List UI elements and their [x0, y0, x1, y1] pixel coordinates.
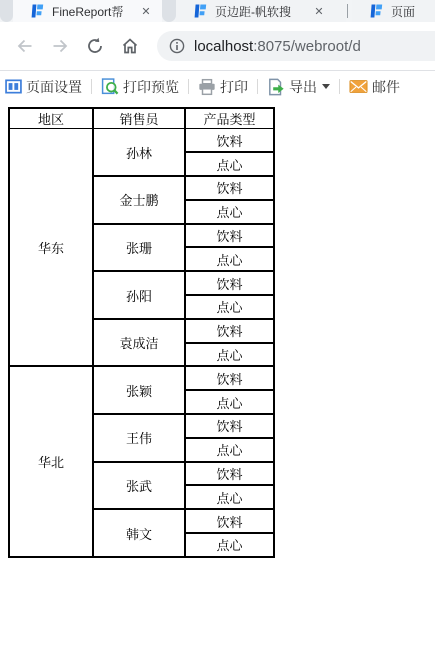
table-row: 华东孙林饮料: [9, 129, 274, 153]
tab-gap: [162, 0, 176, 22]
product-type-cell: 点心: [185, 343, 274, 367]
url-host: localhost: [194, 38, 253, 55]
product-type-cell: 饮料: [185, 366, 274, 390]
product-type-cell: 点心: [185, 200, 274, 224]
toolbar-divider: [91, 79, 92, 94]
browser-navbar: localhost:8075/webroot/d: [0, 22, 435, 71]
product-type-cell: 点心: [185, 152, 274, 176]
print-label: 打印: [220, 77, 248, 97]
tab-title: 页边距-帆软搜: [215, 3, 307, 20]
print-icon: [198, 78, 216, 96]
seller-cell: 张武: [93, 462, 185, 510]
toolbar-divider: [257, 79, 258, 94]
toolbar-divider: [188, 79, 189, 94]
tab-strip-corner: [0, 0, 13, 22]
page-setup-label: 页面设置: [26, 77, 82, 97]
product-type-cell: 饮料: [185, 176, 274, 200]
mail-label: 邮件: [372, 77, 400, 97]
reload-button[interactable]: [82, 33, 108, 59]
seller-cell: 张颖: [93, 366, 185, 414]
report-page: 地区销售员产品类型华东孙林饮料点心金士鹏饮料点心张珊饮料点心孙阳饮料点心袁成洁饮…: [0, 102, 435, 558]
export-icon: [267, 78, 285, 96]
seller-cell: 袁成洁: [93, 319, 185, 367]
region-cell: 华北: [9, 366, 93, 556]
back-arrow-icon: [15, 36, 35, 56]
page-setup-button[interactable]: 页面设置: [5, 77, 82, 97]
home-icon: [120, 36, 140, 56]
report-table: 地区销售员产品类型华东孙林饮料点心金士鹏饮料点心张珊饮料点心孙阳饮料点心袁成洁饮…: [8, 107, 275, 558]
url-path: :8075/webroot/d: [253, 38, 361, 55]
mail-icon: [349, 77, 368, 96]
seller-cell: 孙林: [93, 129, 185, 177]
table-row: 华北张颖饮料: [9, 366, 274, 390]
print-button[interactable]: 打印: [198, 77, 248, 97]
export-label: 导出: [289, 77, 317, 97]
product-type-cell: 饮料: [185, 129, 274, 153]
print-preview-label: 打印预览: [123, 77, 179, 97]
site-info-icon: [169, 38, 185, 54]
product-type-cell: 点心: [185, 485, 274, 509]
address-bar[interactable]: localhost:8075/webroot/d: [157, 31, 435, 61]
product-type-cell: 点心: [185, 247, 274, 271]
tab-title: 页面: [391, 3, 435, 20]
column-header: 销售员: [93, 108, 185, 129]
seller-cell: 孙阳: [93, 271, 185, 319]
product-type-cell: 点心: [185, 390, 274, 414]
product-type-cell: 点心: [185, 533, 274, 557]
finereport-toolbar: 页面设置 打印预览 打印 导出 邮件: [0, 71, 435, 102]
product-type-cell: 饮料: [185, 319, 274, 343]
browser-tab-1[interactable]: FineReport帮 ✕: [13, 0, 162, 22]
product-type-cell: 饮料: [185, 271, 274, 295]
toolbar-divider: [339, 79, 340, 94]
export-dropdown-caret-icon[interactable]: [322, 84, 330, 89]
product-type-cell: 点心: [185, 295, 274, 319]
url-text: localhost:8075/webroot/d: [194, 38, 361, 55]
page-setup-icon: [5, 78, 22, 95]
seller-cell: 王伟: [93, 414, 185, 462]
table-header-row: 地区销售员产品类型: [9, 108, 274, 129]
column-header: 地区: [9, 108, 93, 129]
tab-title: FineReport帮: [52, 3, 134, 20]
home-button[interactable]: [117, 33, 143, 59]
export-button[interactable]: 导出: [267, 77, 330, 97]
back-button[interactable]: [12, 33, 38, 59]
browser-tab-strip: FineReport帮 ✕ 页边距-帆软搜 ✕ 页面: [0, 0, 435, 22]
finereport-favicon-icon: [30, 4, 44, 18]
seller-cell: 金士鹏: [93, 176, 185, 224]
forward-arrow-icon: [50, 36, 70, 56]
tab-close-icon[interactable]: ✕: [311, 3, 327, 19]
product-type-cell: 饮料: [185, 414, 274, 438]
region-cell: 华东: [9, 129, 93, 367]
forward-button[interactable]: [47, 33, 73, 59]
tab-close-icon[interactable]: ✕: [138, 3, 154, 19]
product-type-cell: 饮料: [185, 224, 274, 248]
product-type-cell: 饮料: [185, 462, 274, 486]
finereport-favicon-icon: [369, 4, 383, 18]
seller-cell: 张珊: [93, 224, 185, 272]
browser-tab-3[interactable]: 页面: [352, 0, 435, 22]
column-header: 产品类型: [185, 108, 274, 129]
reload-icon: [85, 36, 105, 56]
product-type-cell: 饮料: [185, 509, 274, 533]
finereport-favicon-icon: [193, 4, 207, 18]
tab-divider: [347, 4, 348, 18]
mail-button[interactable]: 邮件: [349, 77, 400, 97]
print-preview-button[interactable]: 打印预览: [101, 77, 179, 97]
product-type-cell: 点心: [185, 438, 274, 462]
browser-tab-2[interactable]: 页边距-帆软搜 ✕: [176, 0, 346, 22]
print-preview-icon: [101, 78, 119, 96]
seller-cell: 韩文: [93, 509, 185, 557]
